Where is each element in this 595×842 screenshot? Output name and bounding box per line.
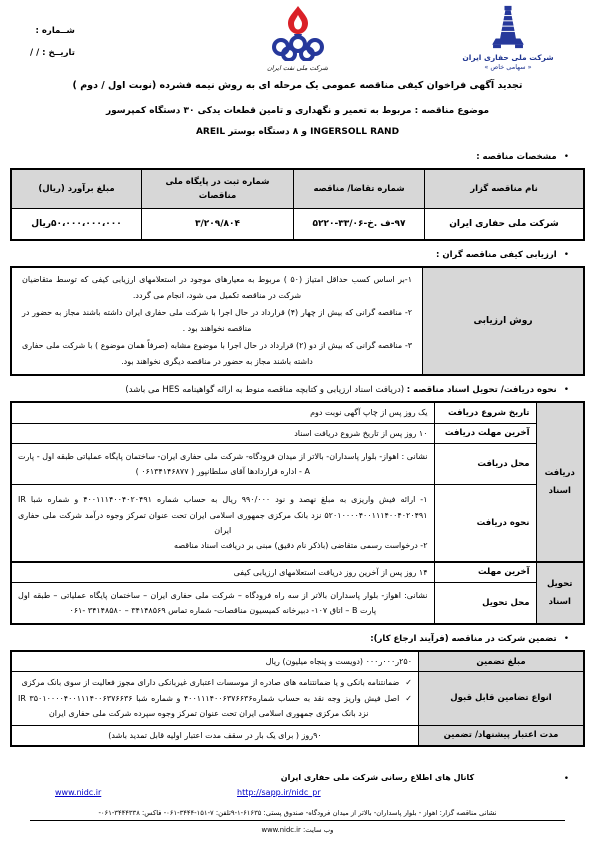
specs-header-company: نام مناقصه گزار [425,169,585,209]
table-row: محل دریافت نشانی : اهواز- بلوار پاسداران… [11,443,584,484]
guarantee-validity-value: ۹۰روز ( برای یک بار در سقف مدت اعتبار او… [11,725,419,746]
specs-table: نام مناقصه گزار شماره تقاضا/ مناقصه شمار… [10,168,585,241]
guarantee-types-label: انواع تضامین قابل قبول [419,672,585,726]
evaluation-item-1: ۱-بر اساس کسب حداقل امتیاز (۵۰ ) مربوط ب… [22,272,412,305]
channels-heading: کانال های اطلاع رسانی شرکت ملی حفاری ایر… [80,773,595,782]
bullet-icon: • [564,385,569,396]
specs-heading: • مشخصات مناقصه : [0,152,569,163]
nioc-logo-block: شرکت ملی نفت ایران [250,5,346,72]
evaluation-method-label: روش ارزیابی [423,267,585,375]
nidc-subtitle: « سهامی خاص » [445,63,571,71]
receive-method-item-1: ۱- ارائه فیش واریزی به مبلغ نهصد و نود ۹… [18,492,428,538]
page-footer: نشانی مناقصه گزار: اهواز - بلوار پاسدارا… [0,800,595,834]
specs-heading-text: مشخصات مناقصه : [476,152,556,162]
table-row: آخرین مهلت دریافت ۱۰ روز پس از تاریخ شرو… [11,423,584,443]
specs-header-estimate: مبلغ برآورد (ریال) [11,169,142,209]
evaluation-heading: • ارزیابی کیفی مناقصه گران : [0,250,569,261]
receive-deadline-value: ۱۰ روز پس از تاریخ شروع دریافت اسناد [11,423,434,443]
nidc-derrick-icon [487,5,529,49]
documents-heading: • نحوه دریافت/ تحویل اسناد مناقصه : (دری… [0,385,569,396]
table-row: دریافت اسناد تاریخ شروع دریافت یک روز پس… [11,402,584,423]
guarantee-type-item: ✓ اصل فیش واریز وجه نقد به حساب شماره۴۰۰… [18,691,412,721]
date-label: تاریــخ : / / [30,42,75,64]
documents-table: دریافت اسناد تاریخ شروع دریافت یک روز پس… [10,401,585,625]
website-link[interactable]: www.nidc.ir [55,788,101,797]
receive-method-label: نحوه دریافت [434,484,536,562]
receive-start-label: تاریخ شروع دریافت [434,402,536,423]
evaluation-item-3: ۳- مناقصه گرانی که بیش از دو (۲) قرارداد… [22,338,412,371]
guarantee-validity-label: مدت اعتبار پیشنهاد/ تضمین [419,725,585,746]
evaluation-method-content: ۱-بر اساس کسب حداقل امتیاز (۵۰ ) مربوط ب… [11,267,423,375]
guarantee-type-1: ضمانتنامه بانکی و یا ضمانتنامه های صادره… [18,675,399,690]
checkmark-icon: ✓ [405,691,412,706]
subject-line1: موضوع مناقصه : مربوط به تعمیر و نگهداری … [0,101,595,122]
specs-header-row: نام مناقصه گزار شماره تقاضا/ مناقصه شمار… [11,169,584,209]
receive-place-value: نشانی : اهواز- بلوار پاسداران- بالاتر از… [11,443,434,484]
deliver-deadline-value: ۱۴ روز پس از آخرین روز دریافت استعلامهای… [11,562,434,583]
nidc-name: شرکت ملی حفاری ایران [445,53,571,63]
guarantee-type-2: اصل فیش واریز وجه نقد به حساب شماره۴۰۰۱۱… [18,691,399,721]
receive-group-label: دریافت اسناد [536,402,584,561]
guarantee-table: مبلغ تضمین ۲۵۰ر۰۰۰ر۰۰۰ (دویست و پنجاه می… [10,650,585,747]
nidc-logo-block: شرکت ملی حفاری ایران « سهامی خاص » [445,5,571,71]
specs-header-tender-no: شماره تقاضا/ مناقصه [294,169,425,209]
guarantee-heading-text: تضمین شرکت در مناقصه (فرآیند ارجاع کار): [370,634,556,644]
footer-address: نشانی مناقصه گزار: اهواز - بلوار پاسدارا… [30,809,565,821]
evaluation-item-2: ۲- مناقصه گرانی که بیش از چهار (۴) قرارد… [22,305,412,338]
evaluation-row: روش ارزیابی ۱-بر اساس کسب حداقل امتیاز (… [11,267,584,375]
receive-method-item-2: ۲- درخواست رسمی متقاضی (باذکر نام دقیق) … [18,538,428,553]
checkmark-icon: ✓ [405,675,412,690]
receive-place-label: محل دریافت [434,443,536,484]
table-row: مدت اعتبار پیشنهاد/ تضمین ۹۰روز ( برای ی… [11,725,584,746]
page-header: شــماره : تاریــخ : / / شرکت ملی نفت ایر… [0,0,595,78]
documents-heading-note: (دریافت اسناد ارزیابی و کتابچه مناقصه من… [125,385,404,395]
nioc-logo-icon [261,5,335,61]
specs-registry-no-value: ۳/۲۰۹/۸۰۴ [142,209,294,241]
deliver-group-label: تحویل اسناد [536,562,584,624]
bullet-icon: • [564,152,569,163]
page-title: تجدید آگهی فراخوان کیفی مناقصه عمومی یک … [0,80,595,91]
subject-line2: INGERSOLL RAND و ۸ دستگاه بوستر AREIL [0,122,595,143]
table-row: تحویل اسناد آخرین مهلت ۱۴ روز پس از آخری… [11,562,584,583]
documents-heading-text: نحوه دریافت/ تحویل اسناد مناقصه : (دریاف… [125,385,556,395]
table-row: نحوه دریافت ۱- ارائه فیش واریزی به مبلغ … [11,484,584,562]
documents-heading-bold: نحوه دریافت/ تحویل اسناد مناقصه : [407,385,557,395]
tender-document-page: شــماره : تاریــخ : / / شرکت ملی نفت ایر… [0,0,595,842]
specs-estimate-value: ۵۰،۰۰۰،۰۰۰،۰۰۰ریال [11,209,142,241]
footer-website: وب سایت: www.nidc.ir [0,826,595,834]
deliver-place-label: محل تحویل [434,582,536,624]
evaluation-table: روش ارزیابی ۱-بر اساس کسب حداقل امتیاز (… [10,266,585,376]
guarantee-heading: • تضمین شرکت در مناقصه (فرآیند ارجاع کار… [0,634,569,645]
guarantee-amount-label: مبلغ تضمین [419,651,585,672]
sapp-channel-link[interactable]: http://sapp.ir/nidc_pr [237,788,321,797]
specs-company-value: شرکت ملی حفاری ایران [425,209,585,241]
table-row: مبلغ تضمین ۲۵۰ر۰۰۰ر۰۰۰ (دویست و پنجاه می… [11,651,584,672]
number-label: شــماره : [30,20,75,42]
bullet-icon: • [564,634,569,645]
deliver-deadline-label: آخرین مهلت [434,562,536,583]
tender-subject: موضوع مناقصه : مربوط به تعمیر و نگهداری … [0,101,595,143]
bullet-icon: • [564,250,569,261]
guarantee-types-content: ✓ ضمانتنامه بانکی و یا ضمانتنامه های صاد… [11,672,419,726]
table-row: محل تحویل نشانی: اهواز- بلوار پاسداران ب… [11,582,584,624]
number-date-block: شــماره : تاریــخ : / / [30,20,75,64]
specs-header-registry-no: شماره ثبت در پایگاه ملی مناقصات [142,169,294,209]
specs-tender-no-value: ۵۲۲۰-۳۳/۰۶-خ. ف-۹۷ [294,209,425,241]
nioc-caption: شرکت ملی نفت ایران [250,64,346,72]
receive-start-value: یک روز پس از چاپ آگهی نوبت دوم [11,402,434,423]
deliver-place-value: نشانی: اهواز- بلوار پاسداران بالاتر از س… [11,582,434,624]
table-row: انواع تضامین قابل قبول ✓ ضمانتنامه بانکی… [11,672,584,726]
guarantee-type-item: ✓ ضمانتنامه بانکی و یا ضمانتنامه های صاد… [18,675,412,690]
evaluation-heading-text: ارزیابی کیفی مناقصه گران : [436,250,557,260]
receive-deadline-label: آخرین مهلت دریافت [434,423,536,443]
specs-data-row: شرکت ملی حفاری ایران ۵۲۲۰-۳۳/۰۶-خ. ف-۹۷ … [11,209,584,241]
guarantee-amount-value: ۲۵۰ر۰۰۰ر۰۰۰ (دویست و پنجاه میلیون) ریال [11,651,419,672]
receive-method-content: ۱- ارائه فیش واریزی به مبلغ نهصد و نود ۹… [11,484,434,562]
